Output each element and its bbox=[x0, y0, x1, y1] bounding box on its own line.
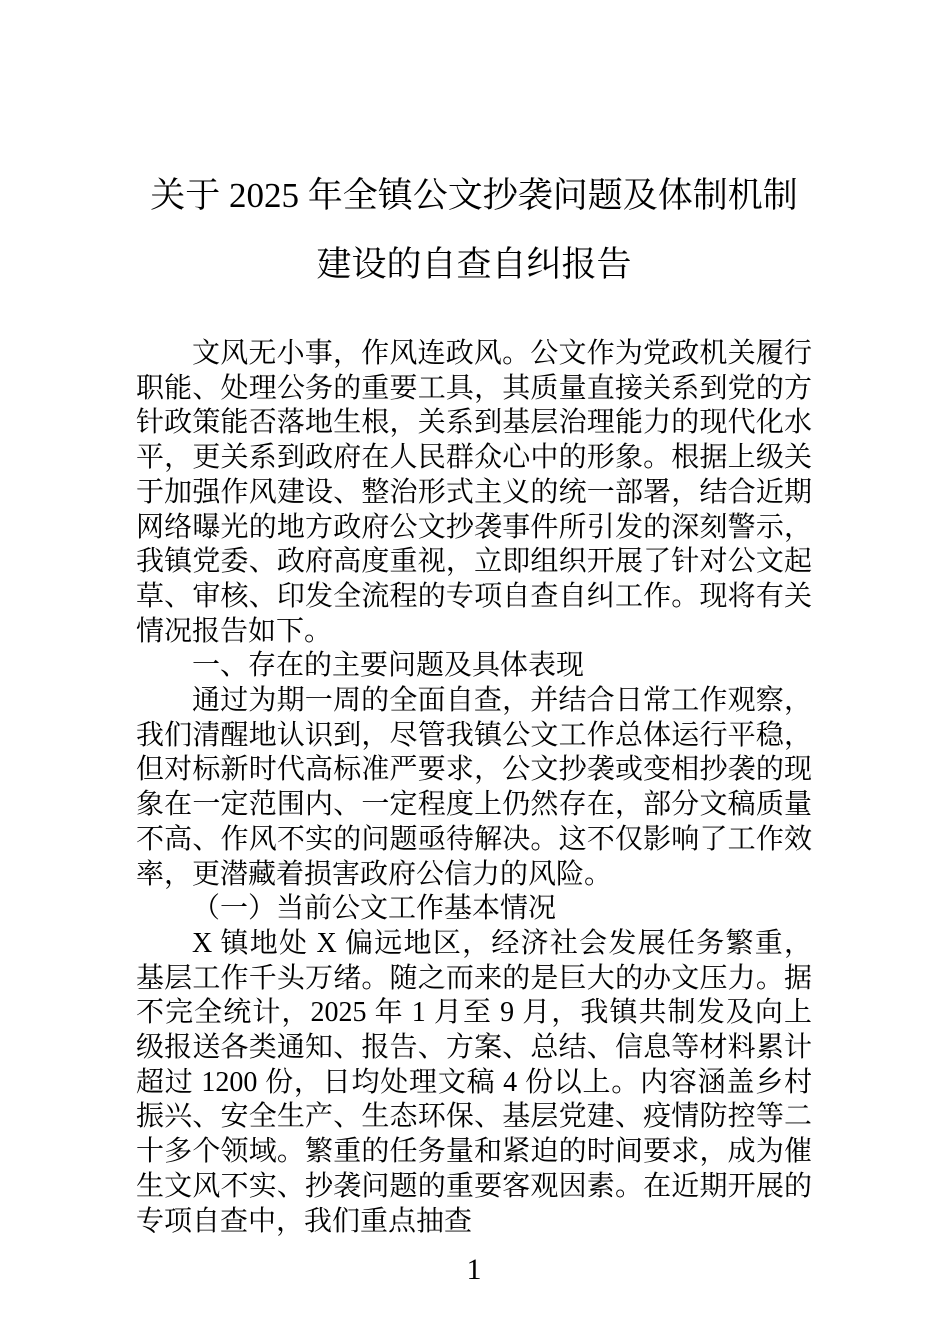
section-heading: （一）当前公文工作基本情况 bbox=[136, 892, 812, 927]
document-body: 文风无小事，作风连政风。公文作为党政机关履行职能、处理公务的重要工具，其质量直接… bbox=[136, 337, 812, 1239]
document-title: 关于 2025 年全镇公文抄袭问题及体制机制建设的自查自纠报告 bbox=[136, 161, 812, 299]
body-paragraph: 通过为期一周的全面自查，并结合日常工作观察，我们清醒地认识到，尽管我镇公文工作总… bbox=[136, 684, 812, 892]
document-page: 关于 2025 年全镇公文抄袭问题及体制机制建设的自查自纠报告 文风无小事，作风… bbox=[0, 0, 950, 1287]
section-heading: 一、存在的主要问题及具体表现 bbox=[136, 649, 812, 684]
page-number: 1 bbox=[136, 1253, 812, 1287]
body-paragraph: X 镇地处 X 偏远地区，经济社会发展任务繁重，基层工作千头万绪。随之而来的是巨… bbox=[136, 927, 812, 1239]
body-paragraph: 文风无小事，作风连政风。公文作为党政机关履行职能、处理公务的重要工具，其质量直接… bbox=[136, 337, 812, 649]
document-content: 关于 2025 年全镇公文抄袭问题及体制机制建设的自查自纠报告 文风无小事，作风… bbox=[136, 0, 812, 1287]
